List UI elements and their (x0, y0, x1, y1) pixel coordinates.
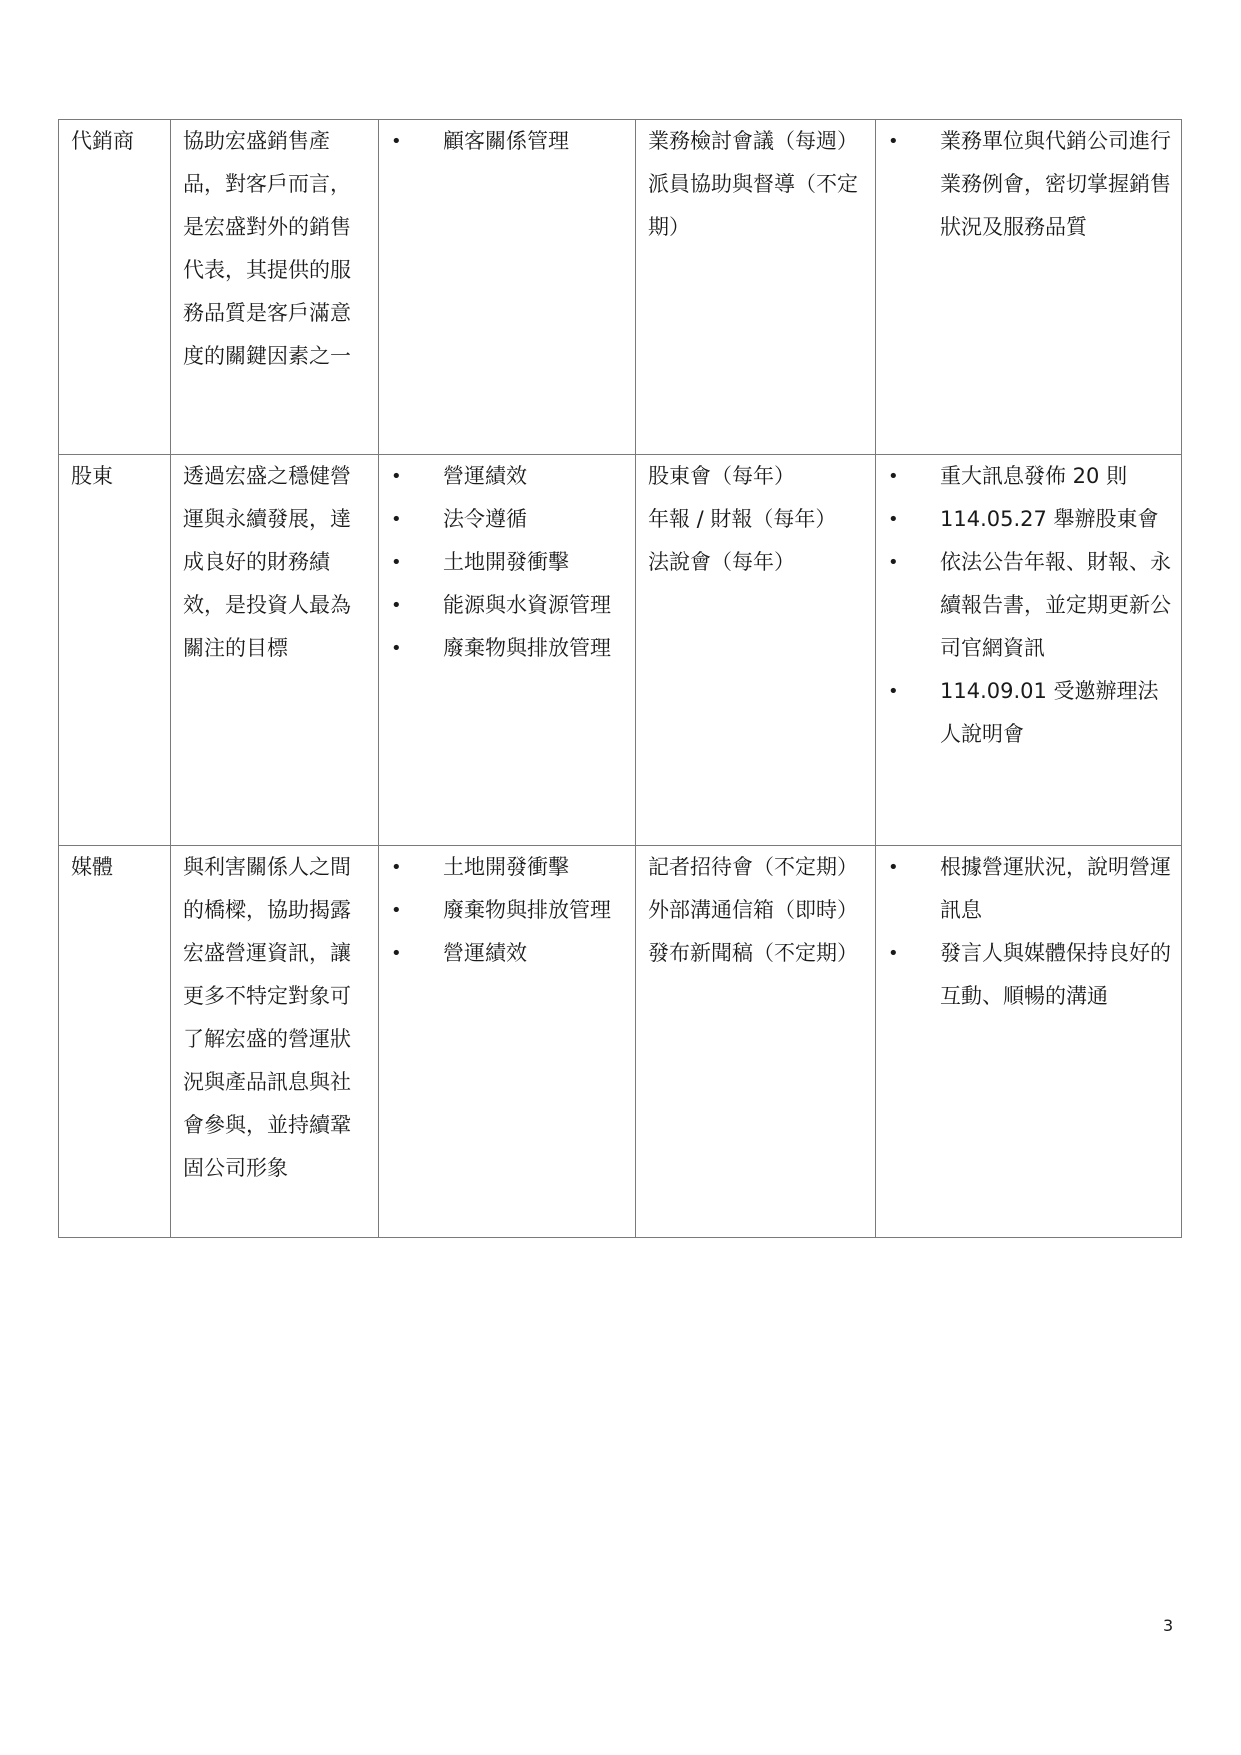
bullet-icon: • (391, 541, 411, 584)
material-topics: •土地開發衝擊 •廢棄物與排放管理 •營運績效 (379, 846, 636, 1238)
stakeholder-description: 協助宏盛銷售產品，對客戶而言，是宏盛對外的銷售代表，其提供的服務品質是客戶滿意度… (171, 120, 379, 455)
list-item: •能源與水資源管理 (391, 584, 625, 627)
list-item: •重大訊息發佈 20 則 (888, 455, 1171, 498)
actions-list: •重大訊息發佈 20 則 •114.05.27 舉辦股東會 •依法公告年報、財報… (888, 455, 1171, 756)
document-page: 代銷商 協助宏盛銷售產品，對客戶而言，是宏盛對外的銷售代表，其提供的服務品質是客… (0, 0, 1241, 1755)
list-item: •廢棄物與排放管理 (391, 889, 625, 932)
topics-list: •土地開發衝擊 •廢棄物與排放管理 •營運績效 (391, 846, 625, 975)
list-item: •根據營運狀況，說明營運訊息 (888, 846, 1171, 932)
channel-item: 業務檢討會議（每週） (648, 120, 865, 163)
topics-list: •營運績效 •法令遵循 •土地開發衝擊 •能源與水資源管理 •廢棄物與排放管理 (391, 455, 625, 670)
communication-channels: 記者招待會（不定期） 外部溝通信箱（即時） 發布新聞稿（不定期） (636, 846, 876, 1238)
topics-list: •顧客關係管理 (391, 120, 625, 163)
actions-list: •根據營運狀況，說明營運訊息 •發言人與媒體保持良好的互動、順暢的溝通 (888, 846, 1171, 1018)
bullet-icon: • (888, 455, 908, 498)
stakeholder-name: 代銷商 (59, 120, 171, 455)
stakeholder-name: 媒體 (59, 846, 171, 1238)
communication-channels: 業務檢討會議（每週） 派員協助與督導（不定期） (636, 120, 876, 455)
bullet-icon: • (888, 498, 908, 541)
stakeholder-table: 代銷商 協助宏盛銷售產品，對客戶而言，是宏盛對外的銷售代表，其提供的服務品質是客… (58, 119, 1182, 1238)
bullet-icon: • (391, 889, 411, 932)
bullet-icon: • (391, 120, 411, 163)
page-number: 3 (1163, 1616, 1173, 1635)
list-item: •發言人與媒體保持良好的互動、順暢的溝通 (888, 932, 1171, 1018)
list-item: •營運績效 (391, 932, 625, 975)
bullet-icon: • (391, 455, 411, 498)
channel-item: 記者招待會（不定期） (648, 846, 865, 889)
bullet-icon: • (888, 846, 908, 889)
table-row: 媒體 與利害關係人之間的橋樑，協助揭露宏盛營運資訊，讓更多不特定對象可了解宏盛的… (59, 846, 1182, 1238)
response-actions: •業務單位與代銷公司進行業務例會，密切掌握銷售狀況及服務品質 (876, 120, 1182, 455)
list-item: •顧客關係管理 (391, 120, 625, 163)
response-actions: •根據營運狀況，說明營運訊息 •發言人與媒體保持良好的互動、順暢的溝通 (876, 846, 1182, 1238)
channel-item: 年報 / 財報（每年） (648, 498, 865, 541)
list-item: •土地開發衝擊 (391, 541, 625, 584)
list-item: •依法公告年報、財報、永續報告書，並定期更新公司官網資訊 (888, 541, 1171, 670)
bullet-icon: • (391, 584, 411, 627)
bullet-icon: • (888, 541, 908, 584)
stakeholder-description: 與利害關係人之間的橋樑，協助揭露宏盛營運資訊，讓更多不特定對象可了解宏盛的營運狀… (171, 846, 379, 1238)
response-actions: •重大訊息發佈 20 則 •114.05.27 舉辦股東會 •依法公告年報、財報… (876, 455, 1182, 846)
bullet-icon: • (391, 932, 411, 975)
channel-item: 派員協助與督導（不定期） (648, 163, 865, 249)
stakeholder-description: 透過宏盛之穩健營運與永續發展，達成良好的財務績效，是投資人最為關注的目標 (171, 455, 379, 846)
bullet-icon: • (888, 120, 908, 163)
list-item: •114.09.01 受邀辦理法人說明會 (888, 670, 1171, 756)
bullet-icon: • (391, 627, 411, 670)
channel-item: 法說會（每年） (648, 541, 865, 584)
bullet-icon: • (391, 498, 411, 541)
list-item: •營運績效 (391, 455, 625, 498)
table-row: 股東 透過宏盛之穩健營運與永續發展，達成良好的財務績效，是投資人最為關注的目標 … (59, 455, 1182, 846)
communication-channels: 股東會（每年） 年報 / 財報（每年） 法說會（每年） (636, 455, 876, 846)
table-row: 代銷商 協助宏盛銷售產品，對客戶而言，是宏盛對外的銷售代表，其提供的服務品質是客… (59, 120, 1182, 455)
actions-list: •業務單位與代銷公司進行業務例會，密切掌握銷售狀況及服務品質 (888, 120, 1171, 249)
material-topics: •顧客關係管理 (379, 120, 636, 455)
list-item: •廢棄物與排放管理 (391, 627, 625, 670)
list-item: •業務單位與代銷公司進行業務例會，密切掌握銷售狀況及服務品質 (888, 120, 1171, 249)
stakeholder-name: 股東 (59, 455, 171, 846)
bullet-icon: • (888, 932, 908, 975)
list-item: •土地開發衝擊 (391, 846, 625, 889)
channel-item: 股東會（每年） (648, 455, 865, 498)
list-item: •114.05.27 舉辦股東會 (888, 498, 1171, 541)
bullet-icon: • (888, 670, 908, 713)
material-topics: •營運績效 •法令遵循 •土地開發衝擊 •能源與水資源管理 •廢棄物與排放管理 (379, 455, 636, 846)
channel-item: 外部溝通信箱（即時） (648, 889, 865, 932)
bullet-icon: • (391, 846, 411, 889)
list-item: •法令遵循 (391, 498, 625, 541)
channel-item: 發布新聞稿（不定期） (648, 932, 865, 975)
